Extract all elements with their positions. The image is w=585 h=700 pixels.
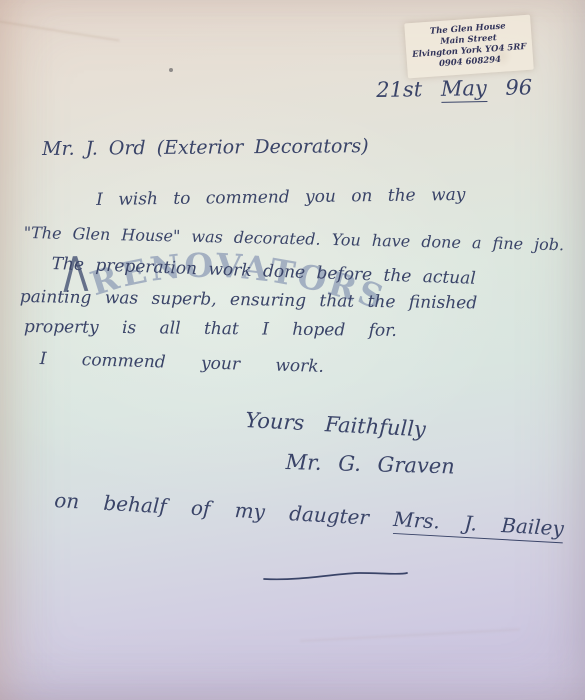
paper-crease: [0, 20, 119, 42]
body-line-1: I wish to commend you on the way: [96, 185, 466, 210]
body-line-2: "The Glen House" was decorated. You have…: [24, 223, 565, 254]
behalf-name: Mrs. J. Bailey: [392, 507, 564, 543]
recipient-line: Mr. J. Ord (Exterior Decorators): [42, 135, 369, 160]
signature-name: Mr. G. Graven: [285, 450, 455, 478]
hand-drawn-rule: [258, 564, 414, 586]
address-sticker: The Glen House Main Street Elvington Yor…: [404, 15, 534, 79]
paper-crease: [300, 628, 520, 642]
date-year: 96: [505, 75, 532, 99]
date-month: May: [441, 76, 487, 103]
date-day: 21st: [376, 77, 422, 102]
paper-speck: [169, 68, 173, 72]
body-line-5: property is all that I hoped for.: [24, 317, 397, 341]
body-line-3: The preperation work done before the act…: [51, 254, 476, 289]
letter-photo: The Glen House Main Street Elvington Yor…: [0, 0, 585, 700]
valediction: Yours Faithfully: [245, 408, 427, 441]
behalf-prefix: on behalf of my daugter: [54, 488, 370, 530]
body-line-4: painting was superb, ensuring that the f…: [20, 287, 478, 313]
body-line-6: I commend your work.: [39, 349, 324, 377]
handwritten-date: 21st May 96: [376, 75, 532, 102]
behalf-line: on behalf of my daugter Mrs. J. Bailey: [54, 488, 565, 540]
